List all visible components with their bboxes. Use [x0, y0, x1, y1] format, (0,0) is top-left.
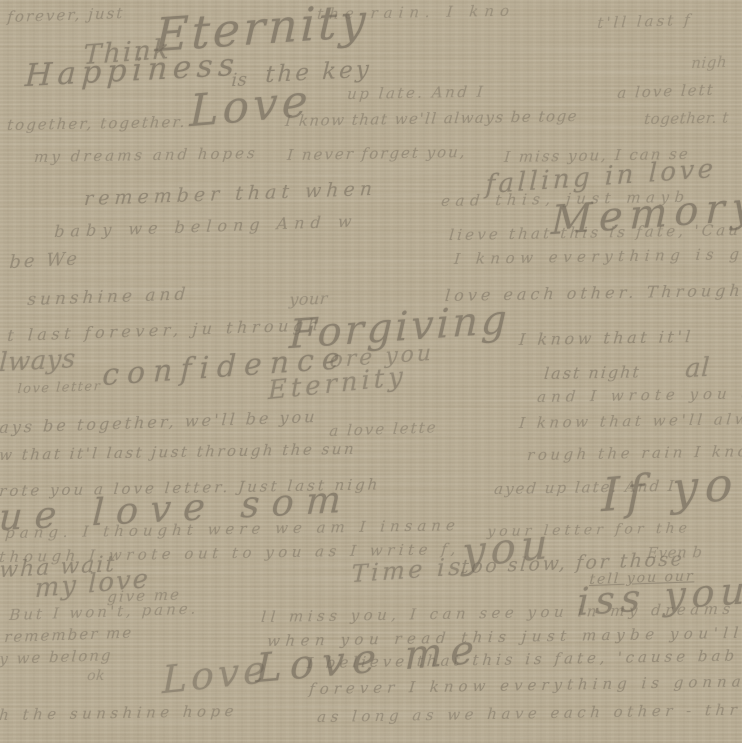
script-phrase: sunshine and: [27, 284, 190, 310]
script-phrase: w that it'l last just through the sun: [0, 440, 357, 464]
script-phrase: Love me: [255, 626, 482, 692]
script-phrase: Eternity: [268, 361, 407, 406]
script-phrase: I know that we'll always be toge: [284, 107, 579, 130]
script-phrase: Memory: [550, 183, 742, 244]
script-phrase: confidence: [102, 341, 348, 393]
script-phrase: your letter for the: [487, 520, 692, 540]
script-phrase: is: [231, 69, 248, 91]
script-phrase: If yo: [601, 456, 740, 522]
script-phrase: up late. And I: [346, 83, 486, 103]
script-phrase: forever, just: [7, 4, 125, 26]
script-phrase: rough the rain I kno: [526, 442, 742, 464]
script-phrase: and I wrote you a: [536, 384, 742, 406]
script-phrase: t'll last f: [597, 11, 694, 32]
script-phrase: when you read this just maybe you'll: [266, 624, 742, 650]
script-phrase: you: [462, 518, 553, 577]
script-phrase: together, together.: [6, 113, 187, 134]
script-phrase: rote you a love letter. Just last nigh: [0, 475, 381, 500]
script-phrase: love letter: [17, 379, 102, 397]
script-phrase: give me: [107, 585, 182, 606]
script-phrase: I believe that this is fate, 'cause bab: [306, 646, 738, 672]
script-phrase: I miss you, I can se: [503, 145, 690, 166]
script-phrase: lways: [0, 344, 77, 378]
script-phrase: your: [289, 289, 329, 309]
script-phrase: as long as we have each other - throug: [316, 700, 742, 726]
script-phrase: I know that it'l: [518, 327, 694, 349]
script-phrase: ue love som: [0, 477, 354, 539]
script-phrase: Happiness: [24, 47, 240, 94]
script-phrase: pang. I thought were we am I insane: [4, 516, 460, 542]
script-phrase: nigh: [691, 53, 728, 72]
script-phrase: tell you our: [589, 568, 695, 588]
script-phrase: ll miss you, I can see you in my dreams: [260, 600, 735, 626]
script-phrase: ok: [86, 668, 106, 684]
script-phrase: I never forget you,: [286, 143, 467, 164]
script-phrase: h the sunshine hope: [0, 702, 239, 724]
script-phrase: ays be together, we'll be you: [0, 407, 318, 437]
script-phrase: Time is: [351, 552, 464, 588]
script-phrase: lieve that this is fate, 'Cau: [448, 221, 742, 244]
script-phrase: love each other. Through th: [444, 280, 742, 305]
script-phrase: wha wait: [0, 552, 117, 583]
script-phrase: Forgiving: [288, 297, 510, 359]
script-phrase: my love: [34, 564, 150, 604]
script-phrase: Eternity: [154, 0, 369, 62]
script-phrase: the key: [265, 56, 373, 88]
script-phrase: Think: [83, 34, 172, 71]
script-phrase: Love: [189, 75, 312, 137]
script-phrase: too slow, for those: [460, 548, 685, 578]
script-phrase: falling in love: [485, 154, 717, 200]
script-phrase: I know that we'll alw: [518, 410, 742, 432]
script-phrase: forever I know everything is gonna b: [308, 672, 742, 698]
script-phrase: ayed up late. And I: [493, 477, 676, 498]
script-phrase: a love lette: [329, 418, 438, 440]
script-phrase: Even b: [646, 543, 703, 562]
script-phrase: Love: [162, 647, 269, 703]
script-phrase: al: [684, 353, 710, 384]
script-phrase: ore you: [329, 341, 434, 373]
linen-wallpaper: forever, justthe rain. I knot'll last fE…: [0, 0, 742, 743]
script-phrase: remember that when: [83, 178, 377, 210]
script-phrase: But I won't, pane.: [9, 599, 199, 624]
script-phrase: together. t: [643, 109, 729, 129]
script-phrase: I know everything is go: [453, 245, 742, 268]
script-phrase: baby we belong And w: [54, 211, 359, 241]
script-phrase: t last forever, ju through: [7, 315, 323, 345]
script-phrase: a love lett: [617, 81, 716, 102]
script-phrase: ead this, just mayb: [440, 188, 690, 210]
script-phrase: remember me: [4, 624, 134, 647]
script-phrase: the rain. I kno: [316, 2, 515, 23]
script-layer: forever, justthe rain. I knot'll last fE…: [0, 0, 742, 743]
script-phrase: iss you: [576, 568, 742, 624]
script-phrase: be We: [9, 248, 81, 273]
script-phrase: my dreams and hopes: [33, 144, 258, 166]
script-phrase: last night: [543, 362, 641, 383]
script-phrase: though I wrote out to you as I write f,: [0, 540, 461, 566]
script-phrase: y we belong: [0, 646, 113, 668]
